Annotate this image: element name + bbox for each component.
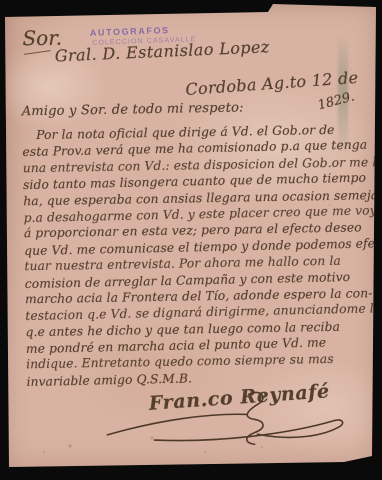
letter-paper: AUTOGRAFOS COLECCION CASAVALLE Sor. Gral… [0, 0, 382, 480]
salutation: Amigo y Sor. de todo mi respeto: [22, 100, 244, 119]
photo-background: AUTOGRAFOS COLECCION CASAVALLE Sor. Gral… [0, 0, 382, 480]
date-year: 1829. [316, 89, 356, 113]
manuscript: Sor. Gral. D. Estanislao Lopez Cordoba A… [0, 0, 382, 480]
letter-body: Por la nota oficial que dirige á Vd. el … [22, 121, 375, 389]
addressee-underline [24, 50, 51, 55]
addressee-name: Gral. D. Estanislao Lopez [54, 37, 270, 65]
signature-rubric [99, 387, 346, 449]
